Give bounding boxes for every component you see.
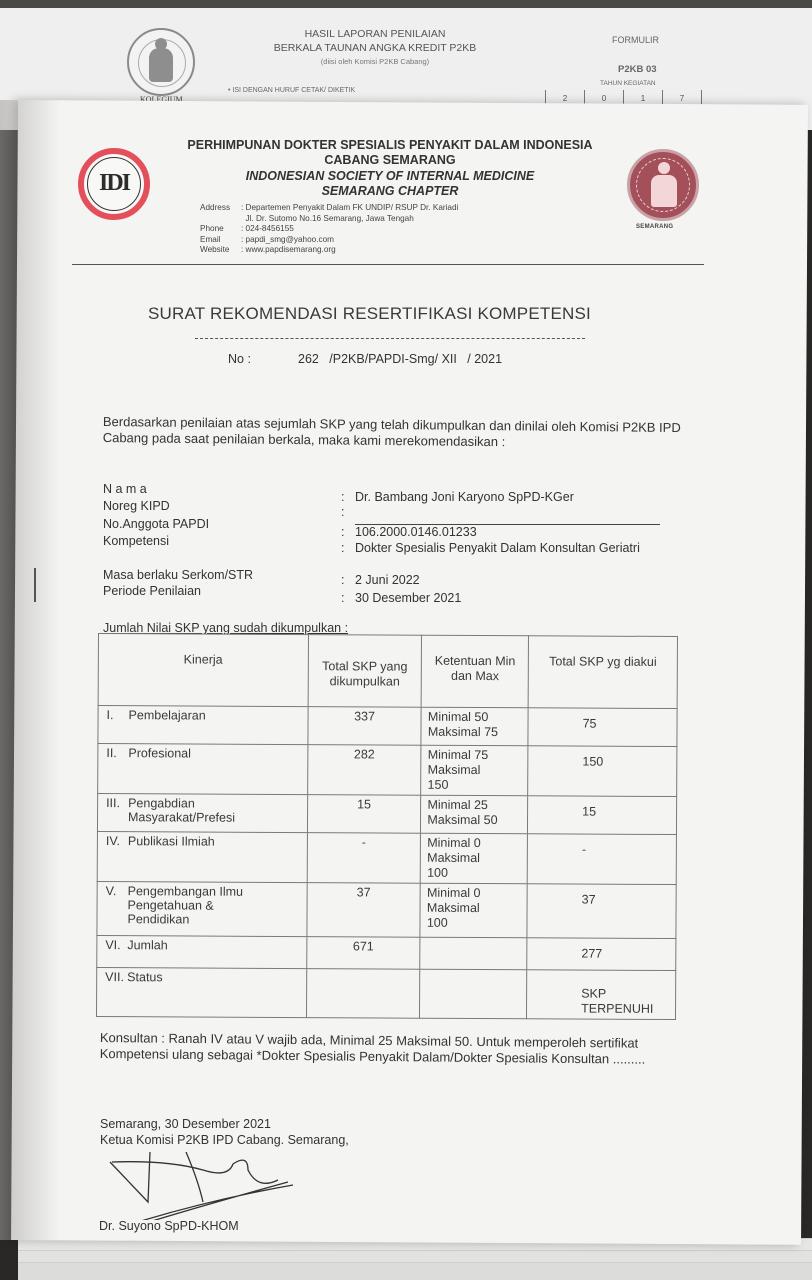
signature-place-date: Semarang, 30 Desember 2021: [100, 1117, 271, 1131]
cell-kinerja: III.PengabdianMasyarakat/Prefesi: [97, 794, 307, 833]
header-ketentuan: Ketentuan Min dan Max: [421, 635, 528, 708]
cell-diakui: 37: [527, 884, 676, 939]
cell-total-skp: 15: [307, 795, 421, 834]
cell-kinerja: VII.Status: [96, 967, 306, 1017]
footnote-paragraph: Konsultan : Ranah IV atau V wajib ada, M…: [100, 1030, 660, 1067]
cell-ketentuan: Minimal 50Maksimal 75: [421, 707, 528, 746]
cell-kinerja: V.Pengembangan IlmuPengetahuan &Pendidik…: [97, 881, 307, 936]
cell-diakui: 277: [527, 938, 676, 971]
back-form-title: HASIL LAPORAN PENILAIAN BERKALA TAUNAN A…: [255, 27, 495, 66]
formulir-label: FORMULIR: [612, 35, 659, 45]
table-row: V.Pengembangan IlmuPengetahuan &Pendidik…: [97, 881, 676, 938]
cell-diakui: 75: [528, 708, 677, 747]
kolegium-logo-icon: [127, 28, 195, 96]
table-row: III.PengabdianMasyarakat/Prefesi15Minima…: [97, 794, 676, 835]
cell-kinerja: II.Profesional: [98, 744, 308, 795]
form-code: P2KB 03: [618, 64, 657, 75]
tahun-kegiatan-label: TAHUN KEGIATAN: [600, 80, 656, 87]
cell-diakui: 15: [528, 796, 677, 835]
header-divider: [72, 264, 704, 265]
cell-kinerja: IV.Publikasi Ilmiah: [97, 831, 307, 882]
contact-phone: Phone: 024-8456155: [200, 224, 458, 235]
cell-ketentuan: [420, 937, 527, 970]
document-title: SURAT REKOMENDASI RESERTIFIKASI KOMPETEN…: [148, 304, 591, 324]
contact-address-2: Jl. Dr. Sutomo No.16 Semarang, Jawa Teng…: [200, 214, 458, 225]
title-divider: [195, 338, 585, 339]
paper-stack: [18, 1262, 812, 1280]
contact-address: Address: Departemen Penyakit Dalam FK UN…: [200, 203, 458, 214]
idi-logo-icon: IDI: [78, 148, 150, 220]
cell-total-skp: 37: [306, 883, 420, 938]
background-edge: [0, 0, 812, 8]
cell-ketentuan: Minimal 75Maksimal150: [421, 745, 528, 796]
cell-diakui: -: [527, 834, 676, 885]
header-diakui: Total SKP yg diakui: [528, 636, 677, 709]
cell-total-skp: [306, 969, 420, 1019]
table-row: I.Pembelajaran337Minimal 50Maksimal 7575: [98, 706, 677, 747]
cell-total-skp: 671: [306, 937, 420, 970]
table-row: II.Profesional282Minimal 75Maksimal15015…: [98, 744, 677, 797]
cell-kinerja: I.Pembelajaran: [98, 706, 308, 745]
table-row: VI.Jumlah671277: [97, 935, 676, 970]
contact-email: Email: papdi_smg@yahoo.com: [200, 235, 458, 246]
cell-total-skp: -: [307, 833, 421, 884]
contact-website: Website: www.papdisemarang.org: [200, 245, 458, 256]
cell-total-skp: 282: [307, 745, 421, 796]
binder-mark: [34, 568, 36, 602]
cell-ketentuan: Minimal 25Maksimal 50: [421, 795, 528, 834]
cell-ketentuan: Minimal 0Maksimal100: [421, 833, 528, 884]
papdi-logo-icon: [627, 149, 699, 221]
table-row: VII.StatusSKP TERPENUHI: [96, 967, 675, 1019]
cell-ketentuan: Minimal 0Maksimal100: [420, 883, 527, 938]
header-total-skp: Total SKP yang dikumpulkan: [308, 635, 422, 708]
document-number: No : 262 /P2KB/PAPDI-Smg/ XII / 2021: [228, 352, 502, 366]
papdi-logo-label: SEMARANG: [636, 224, 673, 230]
skp-table: Kinerja Total SKP yang dikumpulkan Keten…: [96, 633, 678, 1020]
handwritten-signature: [88, 1140, 308, 1220]
back-form-instruction: • ISI DENGAN HURUF CETAK/ DIKETIK: [228, 87, 355, 94]
cell-total-skp: 337: [307, 707, 421, 746]
cell-kinerja: VI.Jumlah: [97, 935, 307, 968]
organization-header: PERHIMPUNAN DOKTER SPESIALIS PENYAKIT DA…: [160, 138, 620, 199]
cell-diakui: 150: [528, 746, 677, 797]
header-kinerja: Kinerja: [98, 634, 308, 707]
cell-diakui: SKP TERPENUHI: [527, 970, 676, 1020]
signatory-name: Dr. Suyono SpPD-KHOM: [99, 1219, 239, 1233]
table-header-row: Kinerja Total SKP yang dikumpulkan Keten…: [98, 634, 677, 709]
intro-paragraph: Berdasarkan penilaian atas sejumlah SKP …: [103, 414, 693, 451]
contact-block: Address: Departemen Penyakit Dalam FK UN…: [200, 203, 458, 256]
cell-ketentuan: [420, 969, 527, 1019]
table-row: IV.Publikasi Ilmiah-Minimal 0Maksimal100…: [97, 831, 676, 884]
